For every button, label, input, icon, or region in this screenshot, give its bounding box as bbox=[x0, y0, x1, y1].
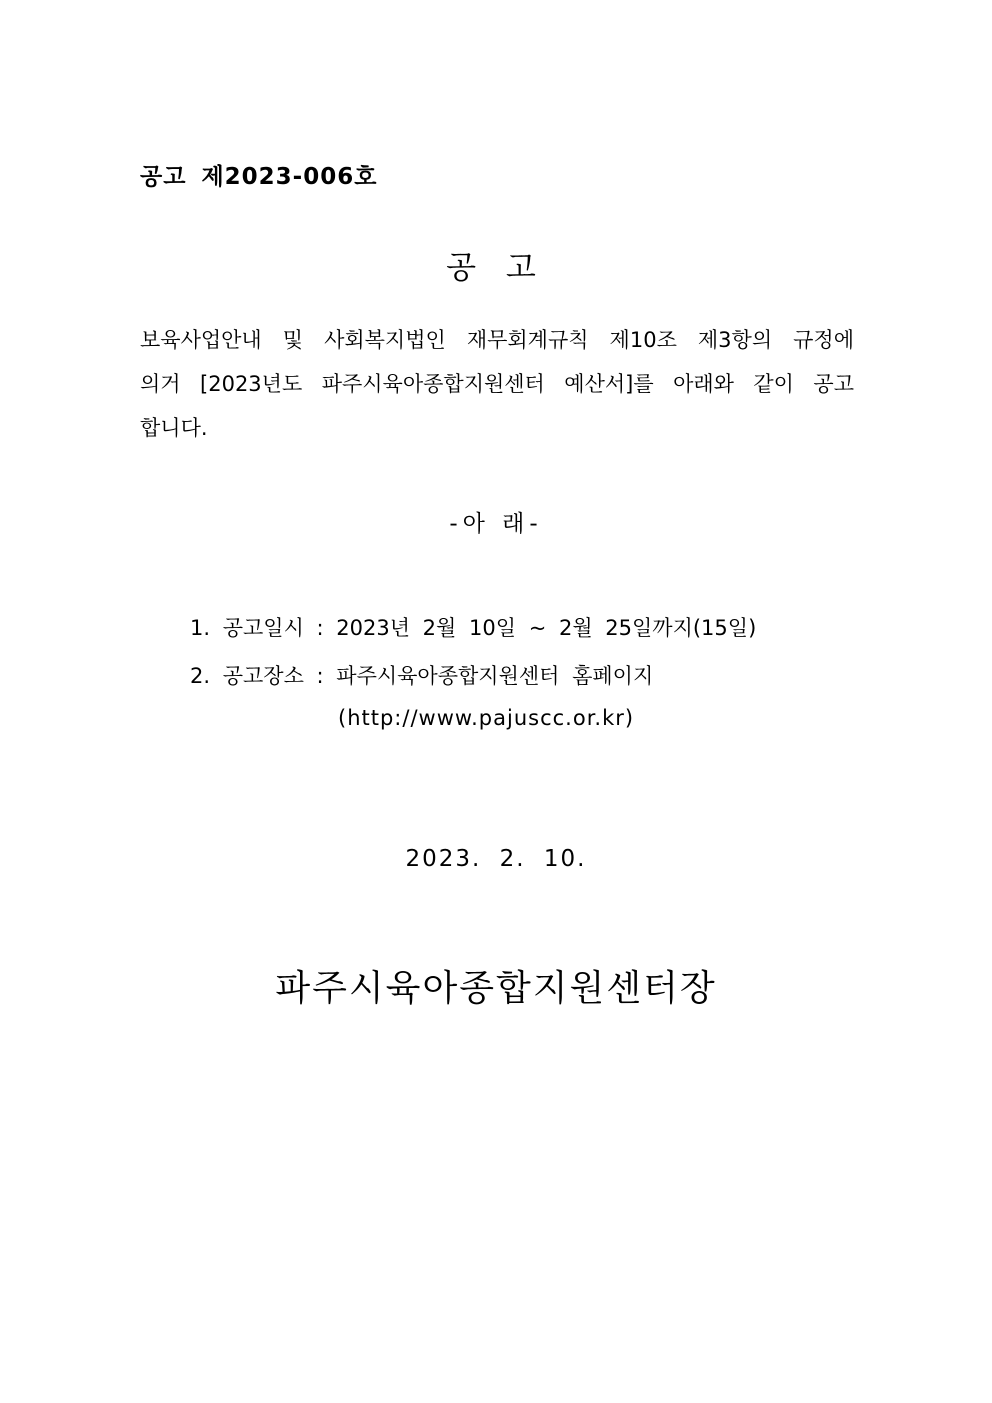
body-paragraph: 보육사업안내 및 사회복지법인 재무회계규칙 제10조 제3항의 규정에 의거 … bbox=[140, 318, 854, 450]
document-date: 2023. 2. 10. bbox=[0, 846, 992, 872]
body-line-2: 의거 [2023년도 파주시육아종합지원센터 예산서]를 아래와 같이 공고 bbox=[140, 362, 854, 406]
list-item-announcement-location: 2. 공고장소 : 파주시육아종합지원센터 홈페이지 bbox=[190, 660, 653, 690]
document-number: 공고 제2023-006호 bbox=[140, 158, 377, 191]
list-item-announcement-period: 1. 공고일시 : 2023년 2월 10일 ~ 2월 25일까지(15일) bbox=[190, 612, 756, 642]
document-title: 공 고 bbox=[0, 242, 992, 287]
body-line-3: 합니다. bbox=[140, 406, 854, 450]
announcement-document-page: 공고 제2023-006호 공 고 보육사업안내 및 사회복지법인 재무회계규칙… bbox=[0, 0, 992, 1403]
website-url: (http://www.pajuscc.or.kr) bbox=[338, 706, 634, 730]
body-line-1: 보육사업안내 및 사회복지법인 재무회계규칙 제10조 제3항의 규정에 bbox=[140, 318, 854, 362]
signature-center-director: 파주시육아종합지원센터장 bbox=[0, 960, 992, 1011]
section-divider-araelabel: -아 래- bbox=[0, 505, 992, 538]
